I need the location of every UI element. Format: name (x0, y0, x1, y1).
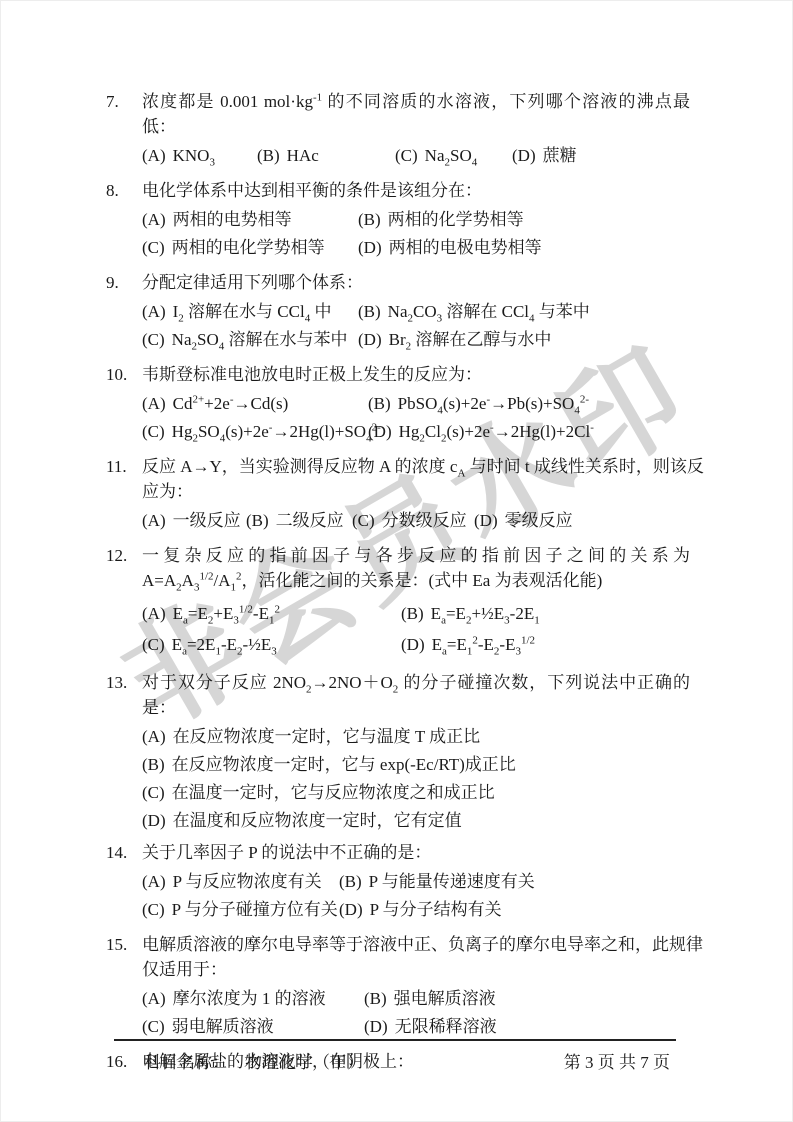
option-11c: (C)分数级反应 (352, 508, 474, 533)
option-10d: (D)Hg2Cl2(s)+2e-→2Hg(l)+2Cl- (368, 419, 690, 444)
options-question-10: (A)Cd2++2e-→Cd(s) (B)PbSO4(s)+2e-→Pb(s)+… (142, 391, 690, 447)
options-question-14: (A)P 与反应物浓度有关 (B)P 与能量传递速度有关 (C)P 与分子碰撞方… (142, 869, 690, 925)
question-11: 11. 反应 A→Y，当实验测得反应物 A 的浓度 cA 与时间 t 成线性关系… (106, 454, 690, 536)
option-label: (D) (339, 900, 363, 919)
option-text: 零级反应 (505, 511, 573, 530)
question-15: 15. 电解质溶液的摩尔电导率等于溶液中正、负离子的摩尔电导率之和，此规律 仅适… (106, 932, 690, 1042)
question-number: 15. (106, 932, 142, 957)
option-12c: (C)Ea=2E1-E2-½E3 (142, 632, 401, 657)
option-9d: (D)Br2 溶解在乙醇与水中 (358, 327, 690, 352)
option-text: 弱电解质溶液 (172, 1017, 274, 1036)
option-10c: (C)Hg2SO4(s)+2e-→2Hg(l)+SO42- (142, 419, 368, 444)
option-label: (C) (142, 330, 165, 349)
question-number: 12. (106, 543, 142, 568)
option-label: (D) (358, 238, 382, 257)
stem-line-1: 电解质溶液的摩尔电导率等于溶液中正、负离子的摩尔电导率之和，此规律 (142, 932, 703, 957)
question-stem: 反应 A→Y，当实验测得反应物 A 的浓度 cA 与时间 t 成线性关系时，则该… (142, 454, 704, 504)
stem-line-2: 应为： (142, 479, 704, 504)
option-text: 摩尔浓度为 1 的溶液 (173, 989, 326, 1008)
footer-subject: 科目名称：物理化学（甲） (144, 1048, 364, 1073)
option-text: 两相的电极电势相等 (389, 238, 542, 257)
stem-line-1: 反应 A→Y，当实验测得反应物 A 的浓度 cA 与时间 t 成线性关系时，则该… (142, 454, 704, 479)
question-stem: 韦斯登标准电池放电时正极上发生的反应为： (142, 362, 690, 387)
subject-name: 物理化学（甲） (245, 1053, 364, 1072)
option-label: (B) (142, 755, 165, 774)
question-8: 8. 电化学体系中达到相平衡的条件是该组分在： (A)两相的电势相等 (B)两相… (106, 178, 690, 263)
question-stem: 对于双分子反应 2NO2→2NO＋O2 的分子碰撞次数，下列说法中正确的是： (142, 670, 690, 720)
option-13b: (B)在反应物浓度一定时，它与 exp(-Ec/RT)成正比 (142, 752, 690, 777)
option-label: (A) (142, 511, 166, 530)
option-label: (A) (142, 146, 166, 165)
option-text: P 与分子结构有关 (370, 900, 502, 919)
question-number: 11. (106, 454, 142, 479)
option-12a: (A)Ea=E2+E31/2-E12 (142, 601, 401, 626)
option-label: (D) (358, 330, 382, 349)
option-text: I2 溶解在水与 CCl4 中 (173, 302, 332, 321)
option-text: Na2CO3 溶解在 CCl4 与苯中 (388, 302, 590, 321)
page-footer: 科目名称：物理化学（甲） 第 3 页 共 7 页 (114, 1039, 676, 1073)
question-stem: 电化学体系中达到相平衡的条件是该组分在： (142, 178, 690, 203)
option-text: 在反应物浓度一定时，它与温度 T 成正比 (173, 727, 481, 746)
option-text: 在反应物浓度一定时，它与 exp(-Ec/RT)成正比 (172, 755, 516, 774)
options-question-11: (A)一级反应 (B)二级反应 (C)分数级反应 (D)零级反应 (142, 508, 690, 536)
option-text: HAc (287, 146, 319, 165)
option-15a: (A)摩尔浓度为 1 的溶液 (142, 986, 364, 1011)
question-number: 9. (106, 270, 142, 295)
option-label: (C) (142, 783, 165, 802)
option-text: 一级反应 (173, 511, 241, 530)
option-text: 在温度一定时，它与反应物浓度之和成正比 (172, 783, 495, 802)
stem-line-2: 仅适用于： (142, 957, 703, 982)
option-text: P 与反应物浓度有关 (173, 872, 322, 891)
option-text: P 与分子碰撞方位有关 (172, 900, 338, 919)
question-number: 7. (106, 89, 142, 114)
option-text: P 与能量传递速度有关 (369, 872, 535, 891)
question-13: 13. 对于双分子反应 2NO2→2NO＋O2 的分子碰撞次数，下列说法中正确的… (106, 670, 690, 833)
option-14c: (C)P 与分子碰撞方位有关 (142, 897, 339, 922)
question-stem: 浓度都是 0.001 mol·kg-1 的不同溶质的水溶液，下列哪个溶液的沸点最… (142, 89, 690, 139)
option-label: (B) (246, 511, 269, 530)
option-7b: (B)HAc (257, 143, 395, 168)
question-list: 7. 浓度都是 0.001 mol·kg-1 的不同溶质的水溶液，下列哪个溶液的… (106, 89, 690, 1081)
option-label: (C) (142, 422, 165, 441)
option-11a: (A)一级反应 (142, 508, 246, 533)
option-12b: (B)Ea=E2+½E3-2E1 (401, 601, 690, 626)
option-9a: (A)I2 溶解在水与 CCl4 中 (142, 299, 358, 324)
option-text: 二级反应 (276, 511, 344, 530)
options-question-13: (A)在反应物浓度一定时，它与温度 T 成正比 (B)在反应物浓度一定时，它与 … (142, 724, 690, 833)
option-label: (B) (368, 394, 391, 413)
option-text: 两相的化学势相等 (388, 210, 524, 229)
option-text: 蔗糖 (543, 146, 577, 165)
question-14: 14. 关于几率因子 P 的说法中不正确的是： (A)P 与反应物浓度有关 (B… (106, 840, 690, 925)
question-number: 10. (106, 362, 142, 387)
option-8c: (C)两相的电化学势相等 (142, 235, 358, 260)
option-label: (D) (474, 511, 498, 530)
footer-page-indicator: 第 3 页 共 7 页 (564, 1048, 670, 1073)
option-text: 分数级反应 (382, 511, 467, 530)
option-label: (C) (352, 511, 375, 530)
option-11b: (B)二级反应 (246, 508, 352, 533)
option-label: (A) (142, 394, 166, 413)
question-number: 8. (106, 178, 142, 203)
option-9c: (C)Na2SO4 溶解在水与苯中 (142, 327, 358, 352)
option-text: 在温度和反应物浓度一定时，它有定值 (173, 811, 462, 830)
option-text: 强电解质溶液 (394, 989, 496, 1008)
option-13c: (C)在温度一定时，它与反应物浓度之和成正比 (142, 780, 690, 805)
option-text: 两相的电势相等 (173, 210, 292, 229)
option-15c: (C)弱电解质溶液 (142, 1014, 364, 1039)
option-text: Cd2++2e-→Cd(s) (173, 394, 289, 413)
question-stem: 关于几率因子 P 的说法中不正确的是： (142, 840, 690, 865)
option-text: Br2 溶解在乙醇与水中 (389, 330, 552, 349)
option-label: (B) (358, 210, 381, 229)
option-label: (A) (142, 302, 166, 321)
option-label: (D) (368, 422, 392, 441)
option-9b: (B)Na2CO3 溶解在 CCl4 与苯中 (358, 299, 690, 324)
question-number: 14. (106, 840, 142, 865)
options-question-9: (A)I2 溶解在水与 CCl4 中 (B)Na2CO3 溶解在 CCl4 与苯… (142, 299, 690, 355)
option-15b: (B)强电解质溶液 (364, 986, 690, 1011)
question-stem: 电解质溶液的摩尔电导率等于溶液中正、负离子的摩尔电导率之和，此规律 仅适用于： (142, 932, 703, 982)
option-label: (B) (358, 302, 381, 321)
option-text: 两相的电化学势相等 (172, 238, 325, 257)
exam-page: 非会员水印 7. 浓度都是 0.001 mol·kg-1 的不同溶质的水溶液，下… (0, 0, 793, 1122)
option-text: PbSO4(s)+2e-→Pb(s)+SO42- (398, 394, 589, 413)
option-label: (C) (142, 238, 165, 257)
options-question-7: (A)KNO3 (B)HAc (C)Na2SO4 (D)蔗糖 (142, 143, 690, 171)
option-label: (A) (142, 210, 166, 229)
option-text: Ea=E12-E2-E31/2 (432, 635, 535, 654)
option-15d: (D)无限稀释溶液 (364, 1014, 690, 1039)
option-11d: (D)零级反应 (474, 508, 690, 533)
question-number: 13. (106, 670, 142, 695)
option-13d: (D)在温度和反应物浓度一定时，它有定值 (142, 808, 690, 833)
option-label: (B) (339, 872, 362, 891)
option-14b: (B)P 与能量传递速度有关 (339, 869, 690, 894)
option-label: (C) (142, 1017, 165, 1036)
option-label: (D) (401, 635, 425, 654)
option-8d: (D)两相的电极电势相等 (358, 235, 690, 260)
options-question-12: (A)Ea=E2+E31/2-E12 (B)Ea=E2+½E3-2E1 (C)E… (142, 601, 690, 663)
question-7: 7. 浓度都是 0.001 mol·kg-1 的不同溶质的水溶液，下列哪个溶液的… (106, 89, 690, 171)
option-label: (C) (142, 635, 165, 654)
option-label: (A) (142, 604, 166, 623)
option-text: Na2SO4 (425, 146, 478, 165)
option-label: (C) (142, 900, 165, 919)
option-text: Na2SO4 溶解在水与苯中 (172, 330, 348, 349)
option-label: (D) (142, 811, 166, 830)
option-label: (D) (364, 1017, 388, 1036)
option-10a: (A)Cd2++2e-→Cd(s) (142, 391, 368, 416)
option-label: (B) (401, 604, 424, 623)
option-text: Ea=E2+E31/2-E12 (173, 604, 280, 623)
option-8b: (B)两相的化学势相等 (358, 207, 690, 232)
option-7d: (D)蔗糖 (512, 143, 690, 168)
option-label: (C) (395, 146, 418, 165)
option-text: Ea=2E1-E2-½E3 (172, 635, 277, 654)
options-question-15: (A)摩尔浓度为 1 的溶液 (B)强电解质溶液 (C)弱电解质溶液 (D)无限… (142, 986, 690, 1042)
option-text: 无限稀释溶液 (395, 1017, 497, 1036)
option-label: (A) (142, 872, 166, 891)
stem-line-1: 一复杂反应的指前因子与各步反应的指前因子之间的关系为 (142, 543, 690, 568)
option-10b: (B)PbSO4(s)+2e-→Pb(s)+SO42- (368, 391, 690, 416)
option-label: (A) (142, 727, 166, 746)
question-12: 12. 一复杂反应的指前因子与各步反应的指前因子之间的关系为 A=A2A31/2… (106, 543, 690, 663)
option-label: (A) (142, 989, 166, 1008)
option-text: KNO3 (173, 146, 215, 165)
option-13a: (A)在反应物浓度一定时，它与温度 T 成正比 (142, 724, 690, 749)
option-text: Hg2Cl2(s)+2e-→2Hg(l)+2Cl- (399, 422, 594, 441)
question-stem: 一复杂反应的指前因子与各步反应的指前因子之间的关系为 A=A2A31/2/A12… (142, 543, 690, 593)
option-text: Hg2SO4(s)+2e-→2Hg(l)+SO42- (172, 422, 381, 441)
option-label: (B) (257, 146, 280, 165)
option-text: Ea=E2+½E3-2E1 (431, 604, 540, 623)
question-10: 10. 韦斯登标准电池放电时正极上发生的反应为： (A)Cd2++2e-→Cd(… (106, 362, 690, 447)
question-stem: 分配定律适用下列哪个体系： (142, 270, 690, 295)
option-label: (D) (512, 146, 536, 165)
option-8a: (A)两相的电势相等 (142, 207, 358, 232)
option-label: (B) (364, 989, 387, 1008)
options-question-8: (A)两相的电势相等 (B)两相的化学势相等 (C)两相的电化学势相等 (D)两… (142, 207, 690, 263)
option-12d: (D)Ea=E12-E2-E31/2 (401, 632, 690, 657)
option-7a: (A)KNO3 (142, 143, 257, 168)
option-7c: (C)Na2SO4 (395, 143, 512, 168)
option-14d: (D)P 与分子结构有关 (339, 897, 690, 922)
stem-line-2: A=A2A31/2/A12，活化能之间的关系是：(式中 Ea 为表观活化能) (142, 568, 690, 593)
question-9: 9. 分配定律适用下列哪个体系： (A)I2 溶解在水与 CCl4 中 (B)N… (106, 270, 690, 355)
option-14a: (A)P 与反应物浓度有关 (142, 869, 339, 894)
subject-label: 科目名称： (144, 1053, 229, 1072)
